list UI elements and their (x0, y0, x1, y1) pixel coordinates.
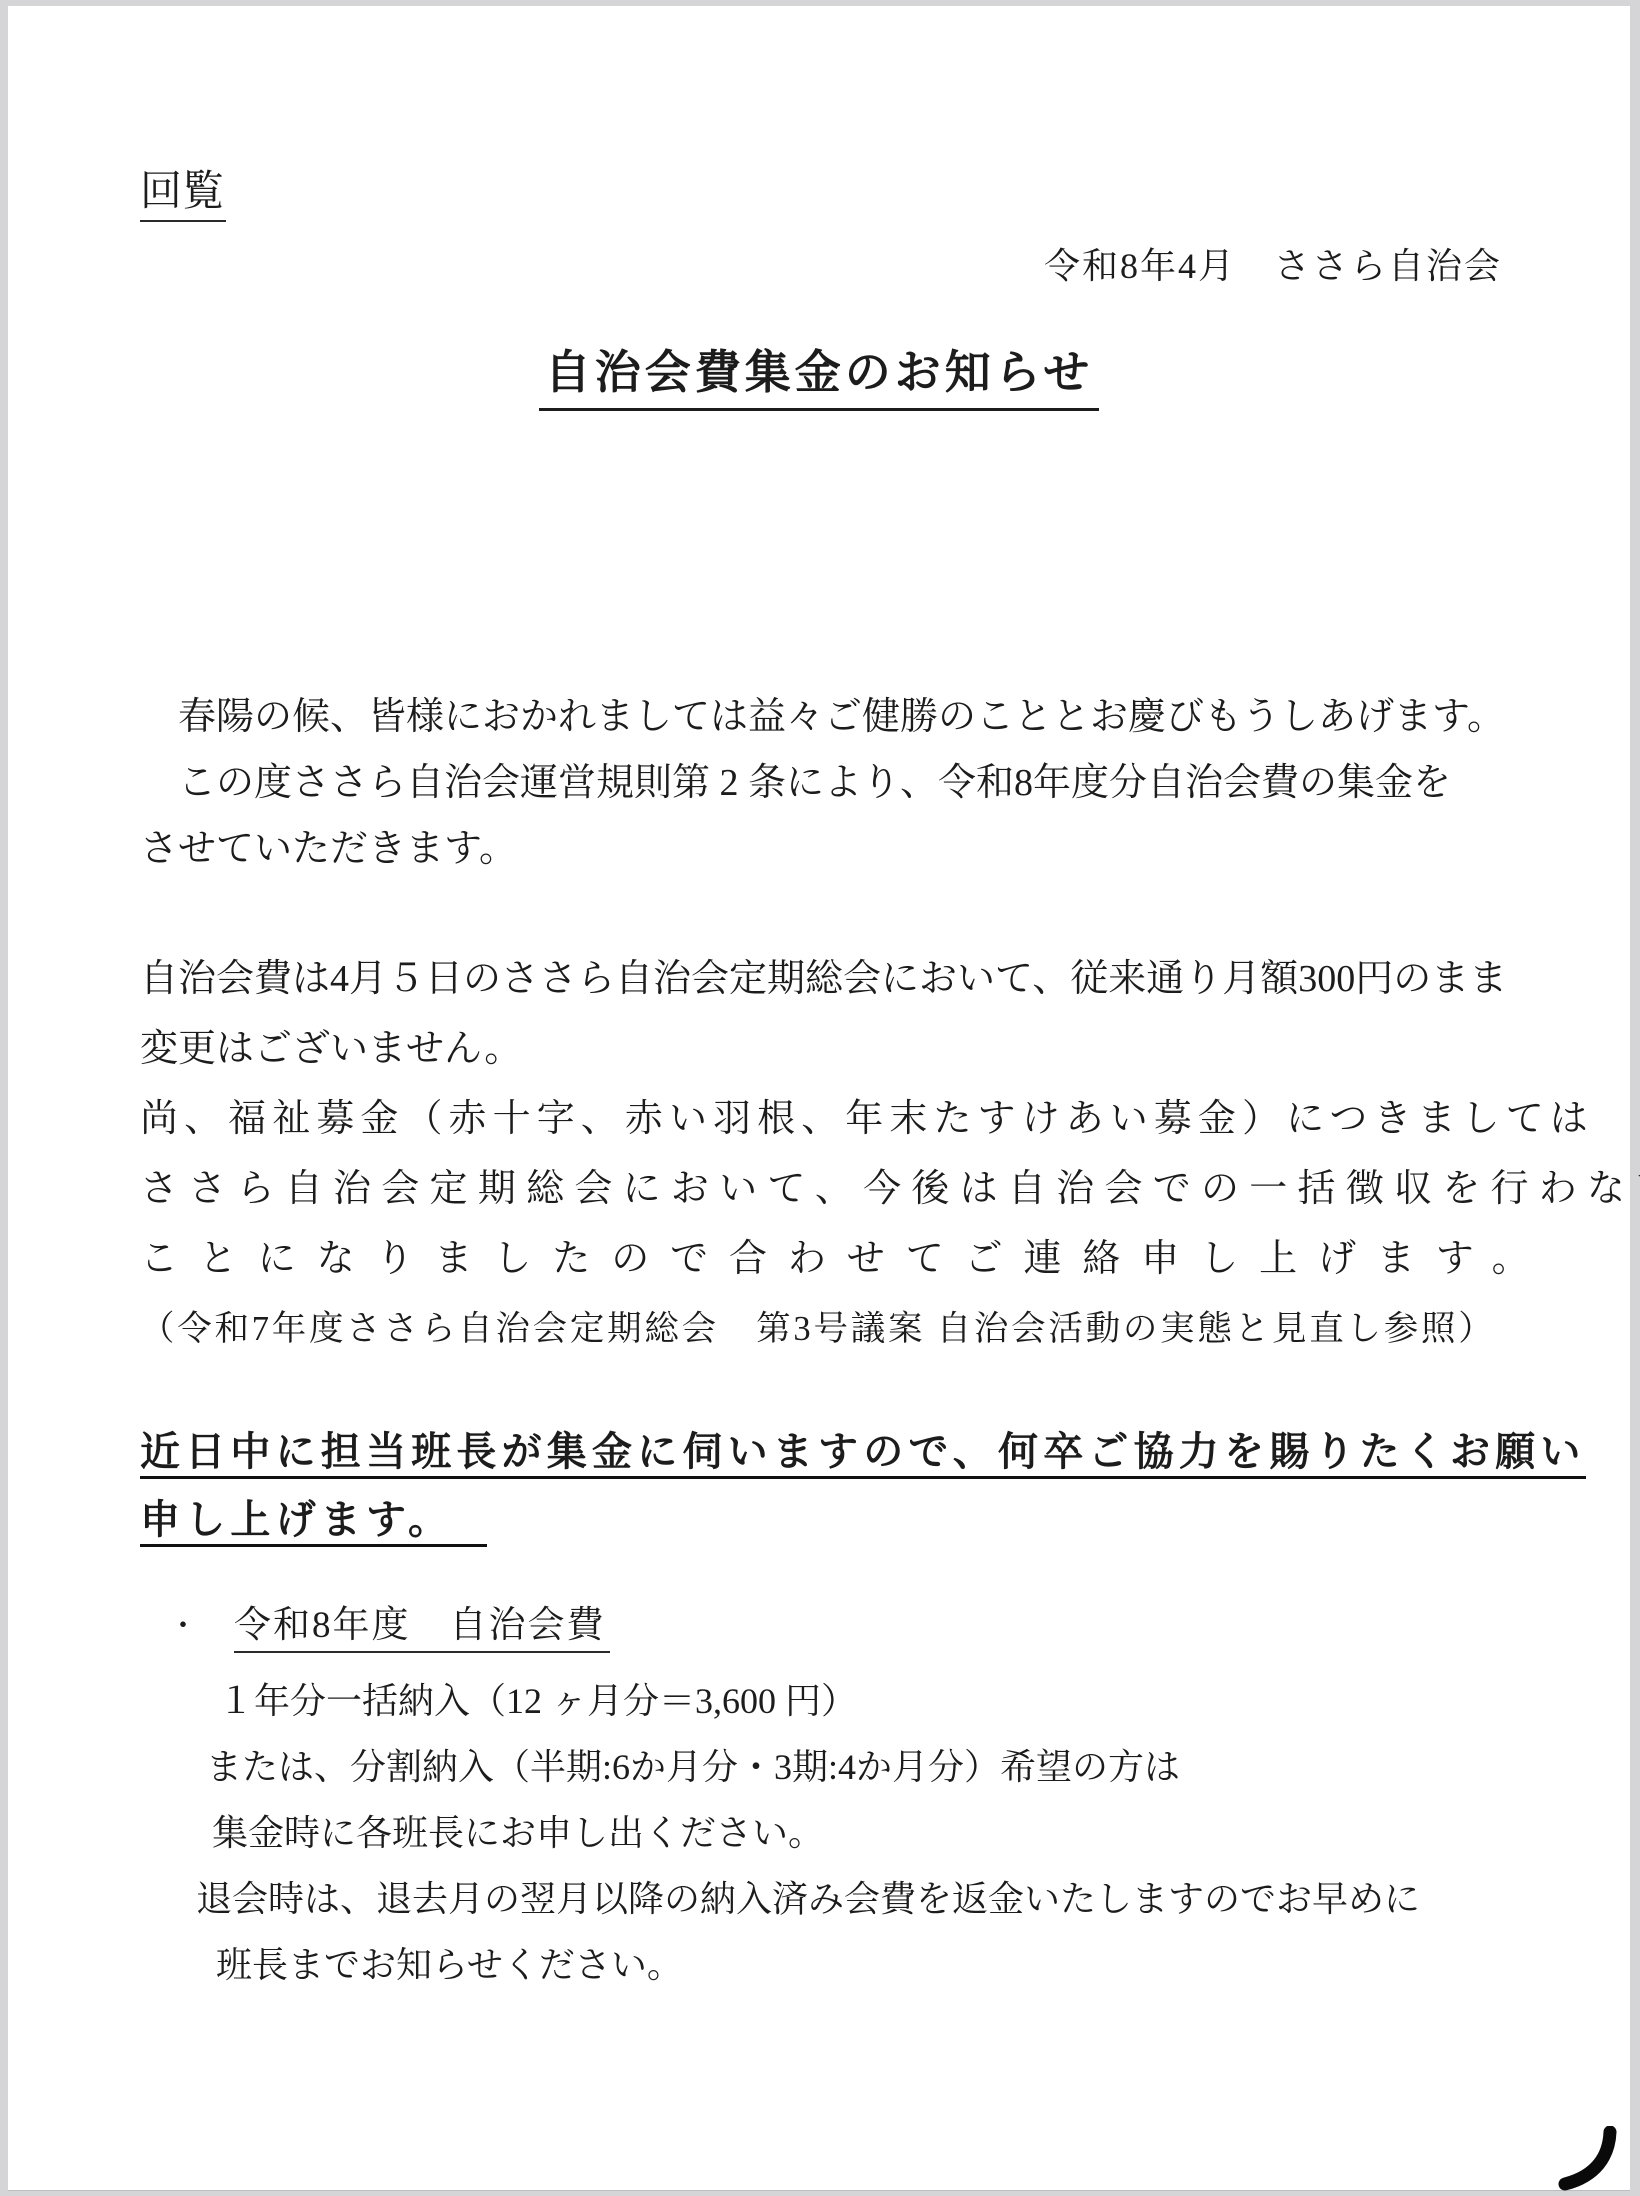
pen-stroke-icon (1556, 2126, 1620, 2192)
body-line: 尚、福祉募金（赤十字、赤い羽根、年末たすけあい募金）につきましては (140, 1084, 1518, 1154)
circulation-label: 回覧 (140, 158, 226, 222)
title-row: 自治会費集金のお知らせ (8, 336, 1630, 411)
fee-notice-paragraph: 自治会費は4月５日のささら自治会定期総会において、従来通り月額300円のまま 変… (140, 944, 1518, 1364)
fee-section-heading: 令和8年度 自治会費 (234, 1594, 610, 1653)
notice-line: 申し上げます。 (140, 1497, 487, 1547)
greeting-line: させていただきます。 (140, 816, 1510, 882)
dateline: 令和8年4月 ささら自治会 (1044, 238, 1502, 289)
fee-detail-line: 班長までお知らせください。 (140, 1932, 1540, 1998)
notice-line: 近日中に担当班長が集金に伺いますので、何卒ご協力を賜りたくお願い (140, 1429, 1586, 1479)
greeting-line: 春陽の候、皆様におかれましては益々ご健勝のこととお慶びもうしあげます。 (140, 684, 1510, 750)
fee-detail-line: または、分割納入（半期:6か月分・3期:4か月分）希望の方は (140, 1734, 1540, 1800)
fee-details-list: １年分一括納入（12 ヶ月分＝3,600 円） または、分割納入（半期:6か月分… (140, 1668, 1540, 1998)
body-reference-line: （令和7年度ささら自治会定期総会 第3号議案 自治会活動の実態と見直し参照） (140, 1294, 1518, 1364)
fee-section-heading-row: ・令和8年度 自治会費 (168, 1594, 610, 1653)
fee-detail-line: 退会時は、退去月の翌月以降の納入済み会費を返金いたしますのでお早めに (140, 1866, 1540, 1932)
page-title: 自治会費集金のお知らせ (539, 336, 1100, 411)
bullet-icon: ・ (168, 1601, 198, 1645)
collection-notice: 近日中に担当班長が集金に伺いますので、何卒ご協力を賜りたくお願い 申し上げます。 (140, 1418, 1520, 1554)
body-line: ささら自治会定期総会において、今後は自治会での一括徴収を行わない (140, 1154, 1518, 1224)
body-line: 自治会費は4月５日のささら自治会定期総会において、従来通り月額300円のまま (140, 944, 1518, 1014)
greeting-line: この度ささら自治会運営規則第 2 条により、令和8年度分自治会費の集金を (140, 750, 1510, 816)
greeting-paragraph: 春陽の候、皆様におかれましては益々ご健勝のこととお慶びもうしあげます。 この度さ… (140, 684, 1510, 882)
body-line: ことになりましたので合わせてご連絡申し上げます。 (140, 1224, 1518, 1294)
document-page: 回覧 令和8年4月 ささら自治会 自治会費集金のお知らせ 春陽の候、皆様におかれ… (8, 6, 1630, 2191)
fee-detail-line: １年分一括納入（12 ヶ月分＝3,600 円） (140, 1668, 1540, 1734)
body-line: 変更はございません。 (140, 1014, 1518, 1084)
fee-detail-line: 集金時に各班長にお申し出ください。 (140, 1800, 1540, 1866)
